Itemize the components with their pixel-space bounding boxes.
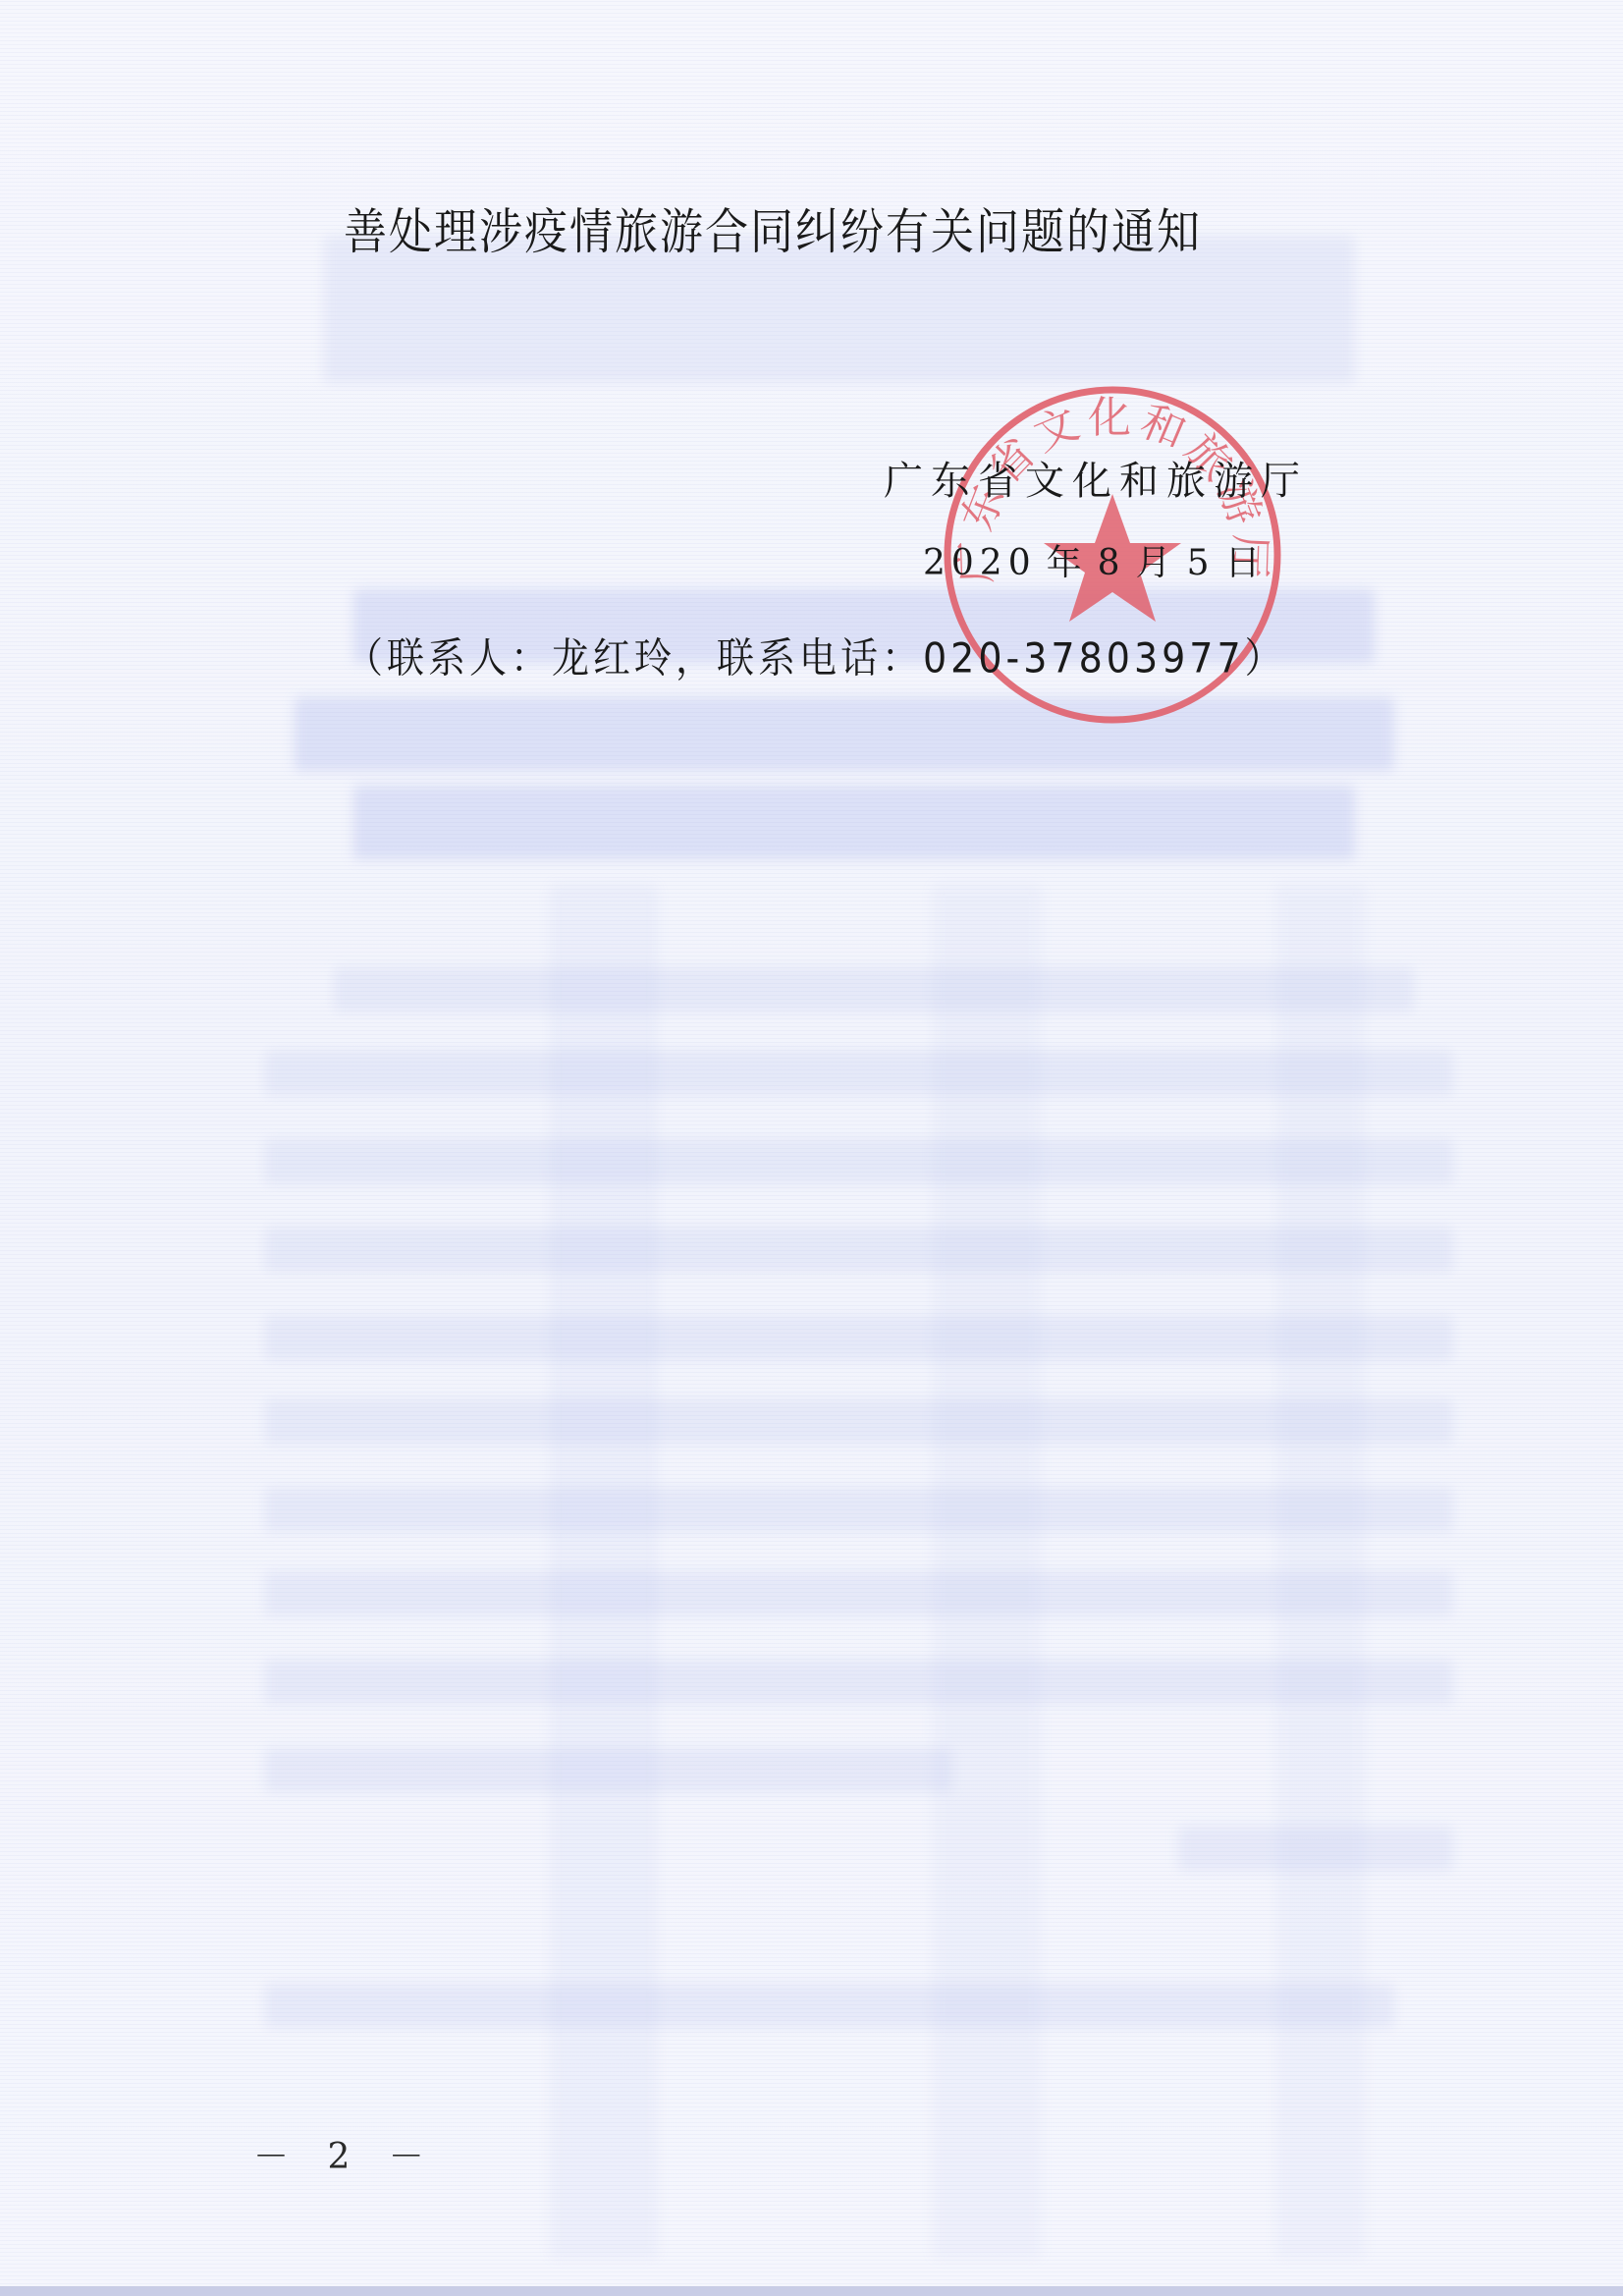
bleed-through-vertical-band-3	[1276, 884, 1365, 2259]
bleed-through-body-9	[265, 1660, 1453, 1704]
issue-date-day: 5	[1187, 543, 1216, 583]
issue-date-year: 2020	[923, 543, 1037, 583]
bleed-through-title-3	[353, 786, 1355, 859]
bleed-through-body-12	[265, 1984, 1394, 2028]
contact-information: （联系人：龙红玲，联系电话：020-37803977）	[346, 625, 1286, 684]
bleed-through-body-2	[265, 1051, 1453, 1095]
bleed-through-body-5	[265, 1316, 1453, 1360]
bleed-through-body-4	[265, 1228, 1453, 1272]
bleed-through-vertical-band-1	[550, 884, 658, 2259]
page-number: － 2 －	[253, 2129, 438, 2179]
bleed-through-body-6	[265, 1399, 1453, 1444]
bleed-through-body-3	[265, 1139, 1453, 1183]
issuing-organization: 广东省文化和旅游厅	[884, 450, 1308, 506]
bleed-through-body-1	[334, 967, 1414, 1011]
issue-date-year-unit: 年	[1047, 543, 1088, 583]
issue-date-month-unit: 月	[1136, 543, 1177, 583]
issue-date: 2020年8月5日	[923, 535, 1266, 585]
issue-date-month: 8	[1098, 543, 1126, 583]
bleed-through-body-7	[265, 1488, 1453, 1532]
issue-date-day-unit: 日	[1224, 543, 1266, 583]
notice-title-continuation: 善处理涉疫情旅游合同纠纷有关问题的通知	[344, 192, 1202, 263]
scan-bottom-edge	[0, 2286, 1623, 2296]
bleed-through-body-8	[265, 1571, 1453, 1615]
bleed-through-vertical-band-2	[933, 884, 1041, 2259]
